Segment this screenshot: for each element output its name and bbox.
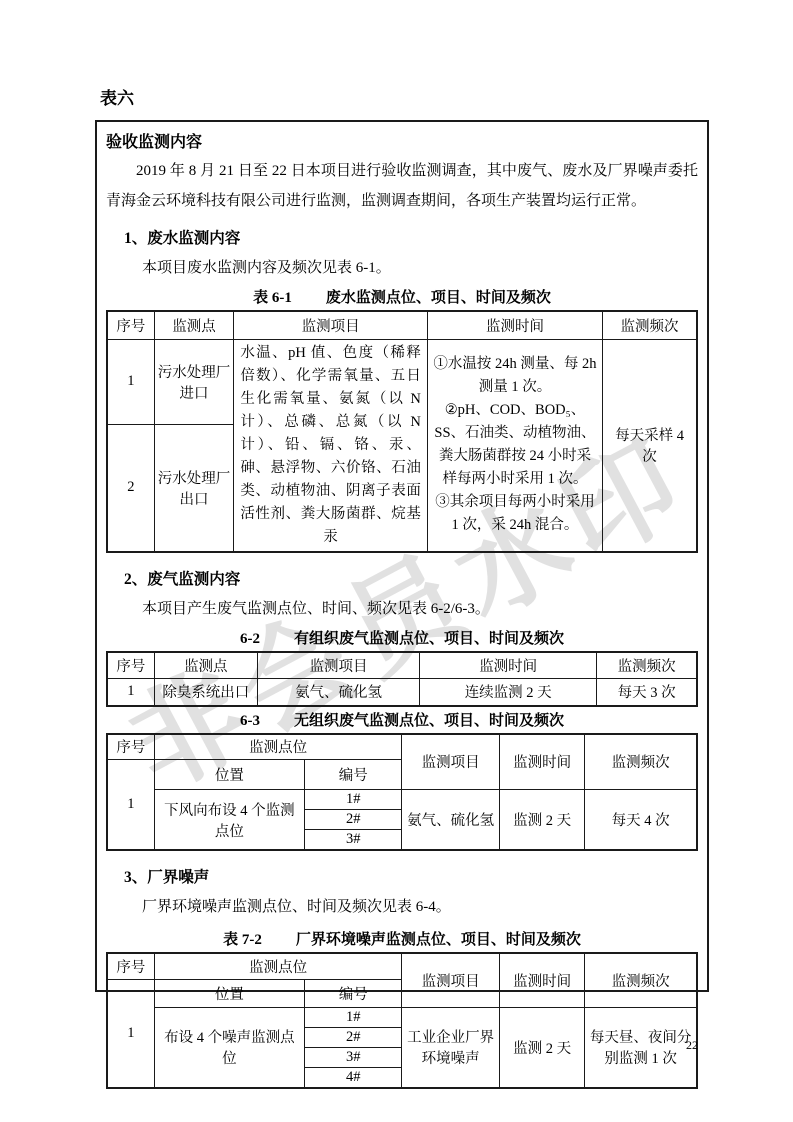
boundary-noise-table: 序号 监测点位 监测项目 监测时间 监测频次 1 位置 编号 布设 4 个噪声监… [106,952,698,1089]
section1-lead: 本项目废水监测内容及频次见表 6-1。 [142,256,698,277]
table72-caption-title: 厂界环境噪声监测点位、项目、时间及频次 [296,932,581,948]
cell-no: 1 [107,760,154,851]
table61-caption: 表 6-1废水监测点位、项目、时间及频次 [106,286,698,307]
cell-frequency: 每天昼、夜间分别监测 1 次 [585,1007,697,1088]
cell-frequency: 每天采样 4 次 [603,339,697,552]
intro-paragraph: 2019 年 8 月 21 日至 22 日本项目进行验收监测调查，其中废气、废水… [106,156,698,216]
table-row: 序号 监测点 监测项目 监测时间 监测频次 [107,652,697,679]
section1-heading: 1、废水监测内容 [124,226,698,248]
cell-point: 污水处理厂进口 [154,339,234,424]
col-header-time: 监测时间 [499,734,585,790]
table-row: 下风向布设 4 个监测点位 1# 氨气、硫化氢 监测 2 天 每天 4 次 [107,790,697,810]
col-header-location: 位置 [154,760,304,790]
cell-code: 3# [305,830,402,851]
col-header-no: 序号 [107,311,154,339]
col-header-items: 监测项目 [402,953,499,1007]
cell-time: 监测 2 天 [499,1007,585,1088]
table63-caption-number: 6-3 [240,713,260,729]
cell-frequency: 每天 3 次 [597,679,697,706]
cell-items: 氨气、硫化氢 [257,679,419,706]
table-row: 序号 监测点 监测项目 监测时间 监测频次 [107,311,697,339]
time-item-3: ③其余项目每两小时采用 1 次，采 24h 混合。 [432,491,598,537]
cell-items: 工业企业厂界环境噪声 [402,1007,499,1088]
document-page: 表六 非会员水印 验收监测内容 2019 年 8 月 21 日至 22 日本项目… [0,0,793,1122]
cell-code: 3# [305,1047,402,1067]
col-header-items: 监测项目 [402,734,499,790]
time-item-1: ①水温按 24h 测量、每 2h 测量 1 次。 [432,353,598,399]
table72-caption-number: 表 7-2 [223,932,262,948]
col-header-time: 监测时间 [420,652,597,679]
cell-items: 水温、pH 值、色度（稀释倍数）、化学需氧量、五日生化需氧量、氨氮（以 N 计）… [234,339,428,552]
content-box: 验收监测内容 2019 年 8 月 21 日至 22 日本项目进行验收监测调查，… [95,120,709,992]
col-header-freq: 监测频次 [603,311,697,339]
cell-point: 污水处理厂出口 [154,424,234,552]
box-heading: 验收监测内容 [106,129,698,152]
cell-code: 1# [305,1007,402,1027]
col-header-no: 序号 [107,953,154,979]
cell-code: 1# [305,790,402,810]
col-header-freq: 监测频次 [597,652,697,679]
table-row: 1 污水处理厂进口 水温、pH 值、色度（稀释倍数）、化学需氧量、五日生化需氧量… [107,339,697,424]
col-header-point: 监测点 [154,652,257,679]
cell-code: 2# [305,1027,402,1047]
col-header-code: 编号 [305,979,402,1007]
table72-caption: 表 7-2厂界环境噪声监测点位、项目、时间及频次 [106,928,698,949]
cell-no: 1 [107,679,154,706]
time-item-2: ②pH、COD、BOD₅、SS、石油类、动植物油、粪大肠菌群按 24 小时采样每… [432,399,598,491]
table62-caption-number: 6-2 [240,631,260,647]
col-header-code: 编号 [305,760,402,790]
col-header-items: 监测项目 [257,652,419,679]
cell-items: 氨气、硫化氢 [402,790,499,851]
col-header-freq: 监测频次 [585,953,697,1007]
section2-heading: 2、废气监测内容 [124,567,698,589]
col-header-no: 序号 [107,734,154,760]
col-header-time: 监测时间 [427,311,602,339]
col-header-point-group: 监测点位 [154,734,402,760]
page-number: 22 [686,1038,698,1053]
col-header-point-group: 监测点位 [154,953,402,979]
table61-caption-title: 废水监测点位、项目、时间及频次 [326,290,551,306]
table62-caption: 6-2有组织废气监测点位、项目、时间及频次 [106,627,698,648]
cell-location: 布设 4 个噪声监测点位 [154,1007,304,1088]
table-row: 序号 监测点位 监测项目 监测时间 监测频次 [107,953,697,979]
col-header-time: 监测时间 [499,953,585,1007]
cell-time: ①水温按 24h 测量、每 2h 测量 1 次。 ②pH、COD、BOD₅、SS… [427,339,602,552]
wastewater-table: 序号 监测点 监测项目 监测时间 监测频次 1 污水处理厂进口 水温、pH 值、… [106,310,698,553]
unorganized-gas-table: 序号 监测点位 监测项目 监测时间 监测频次 1 位置 编号 下风向布设 4 个… [106,733,698,852]
table61-caption-number: 表 6-1 [253,290,292,306]
cell-location: 下风向布设 4 个监测点位 [154,790,304,851]
table63-caption-title: 无组织废气监测点位、项目、时间及频次 [294,713,564,729]
col-header-point: 监测点 [154,311,234,339]
cell-code: 4# [305,1067,402,1088]
table63-caption: 6-3无组织废气监测点位、项目、时间及频次 [106,709,698,730]
cell-code: 2# [305,810,402,830]
organized-gas-table: 序号 监测点 监测项目 监测时间 监测频次 1 除臭系统出口 氨气、硫化氢 连续… [106,651,698,707]
section2-lead: 本项目产生废气监测点位、时间、频次见表 6-2/6-3。 [142,597,698,618]
table-row: 序号 监测点位 监测项目 监测时间 监测频次 [107,734,697,760]
section3-lead: 厂界环境噪声监测点位、时间及频次见表 6-4。 [142,895,698,916]
col-header-freq: 监测频次 [585,734,697,790]
cell-point: 除臭系统出口 [154,679,257,706]
section3-heading: 3、厂界噪声 [124,865,698,887]
table-row: 布设 4 个噪声监测点位 1# 工业企业厂界环境噪声 监测 2 天 每天昼、夜间… [107,1007,697,1027]
col-header-location: 位置 [154,979,304,1007]
cell-no: 1 [107,979,154,1088]
cell-time: 连续监测 2 天 [420,679,597,706]
col-header-items: 监测项目 [234,311,428,339]
cell-time: 监测 2 天 [499,790,585,851]
cell-frequency: 每天 4 次 [585,790,697,851]
doc-title: 表六 [100,84,134,109]
table62-caption-title: 有组织废气监测点位、项目、时间及频次 [294,631,564,647]
col-header-no: 序号 [107,652,154,679]
table-row: 1 除臭系统出口 氨气、硫化氢 连续监测 2 天 每天 3 次 [107,679,697,706]
cell-no: 2 [107,424,154,552]
cell-no: 1 [107,339,154,424]
